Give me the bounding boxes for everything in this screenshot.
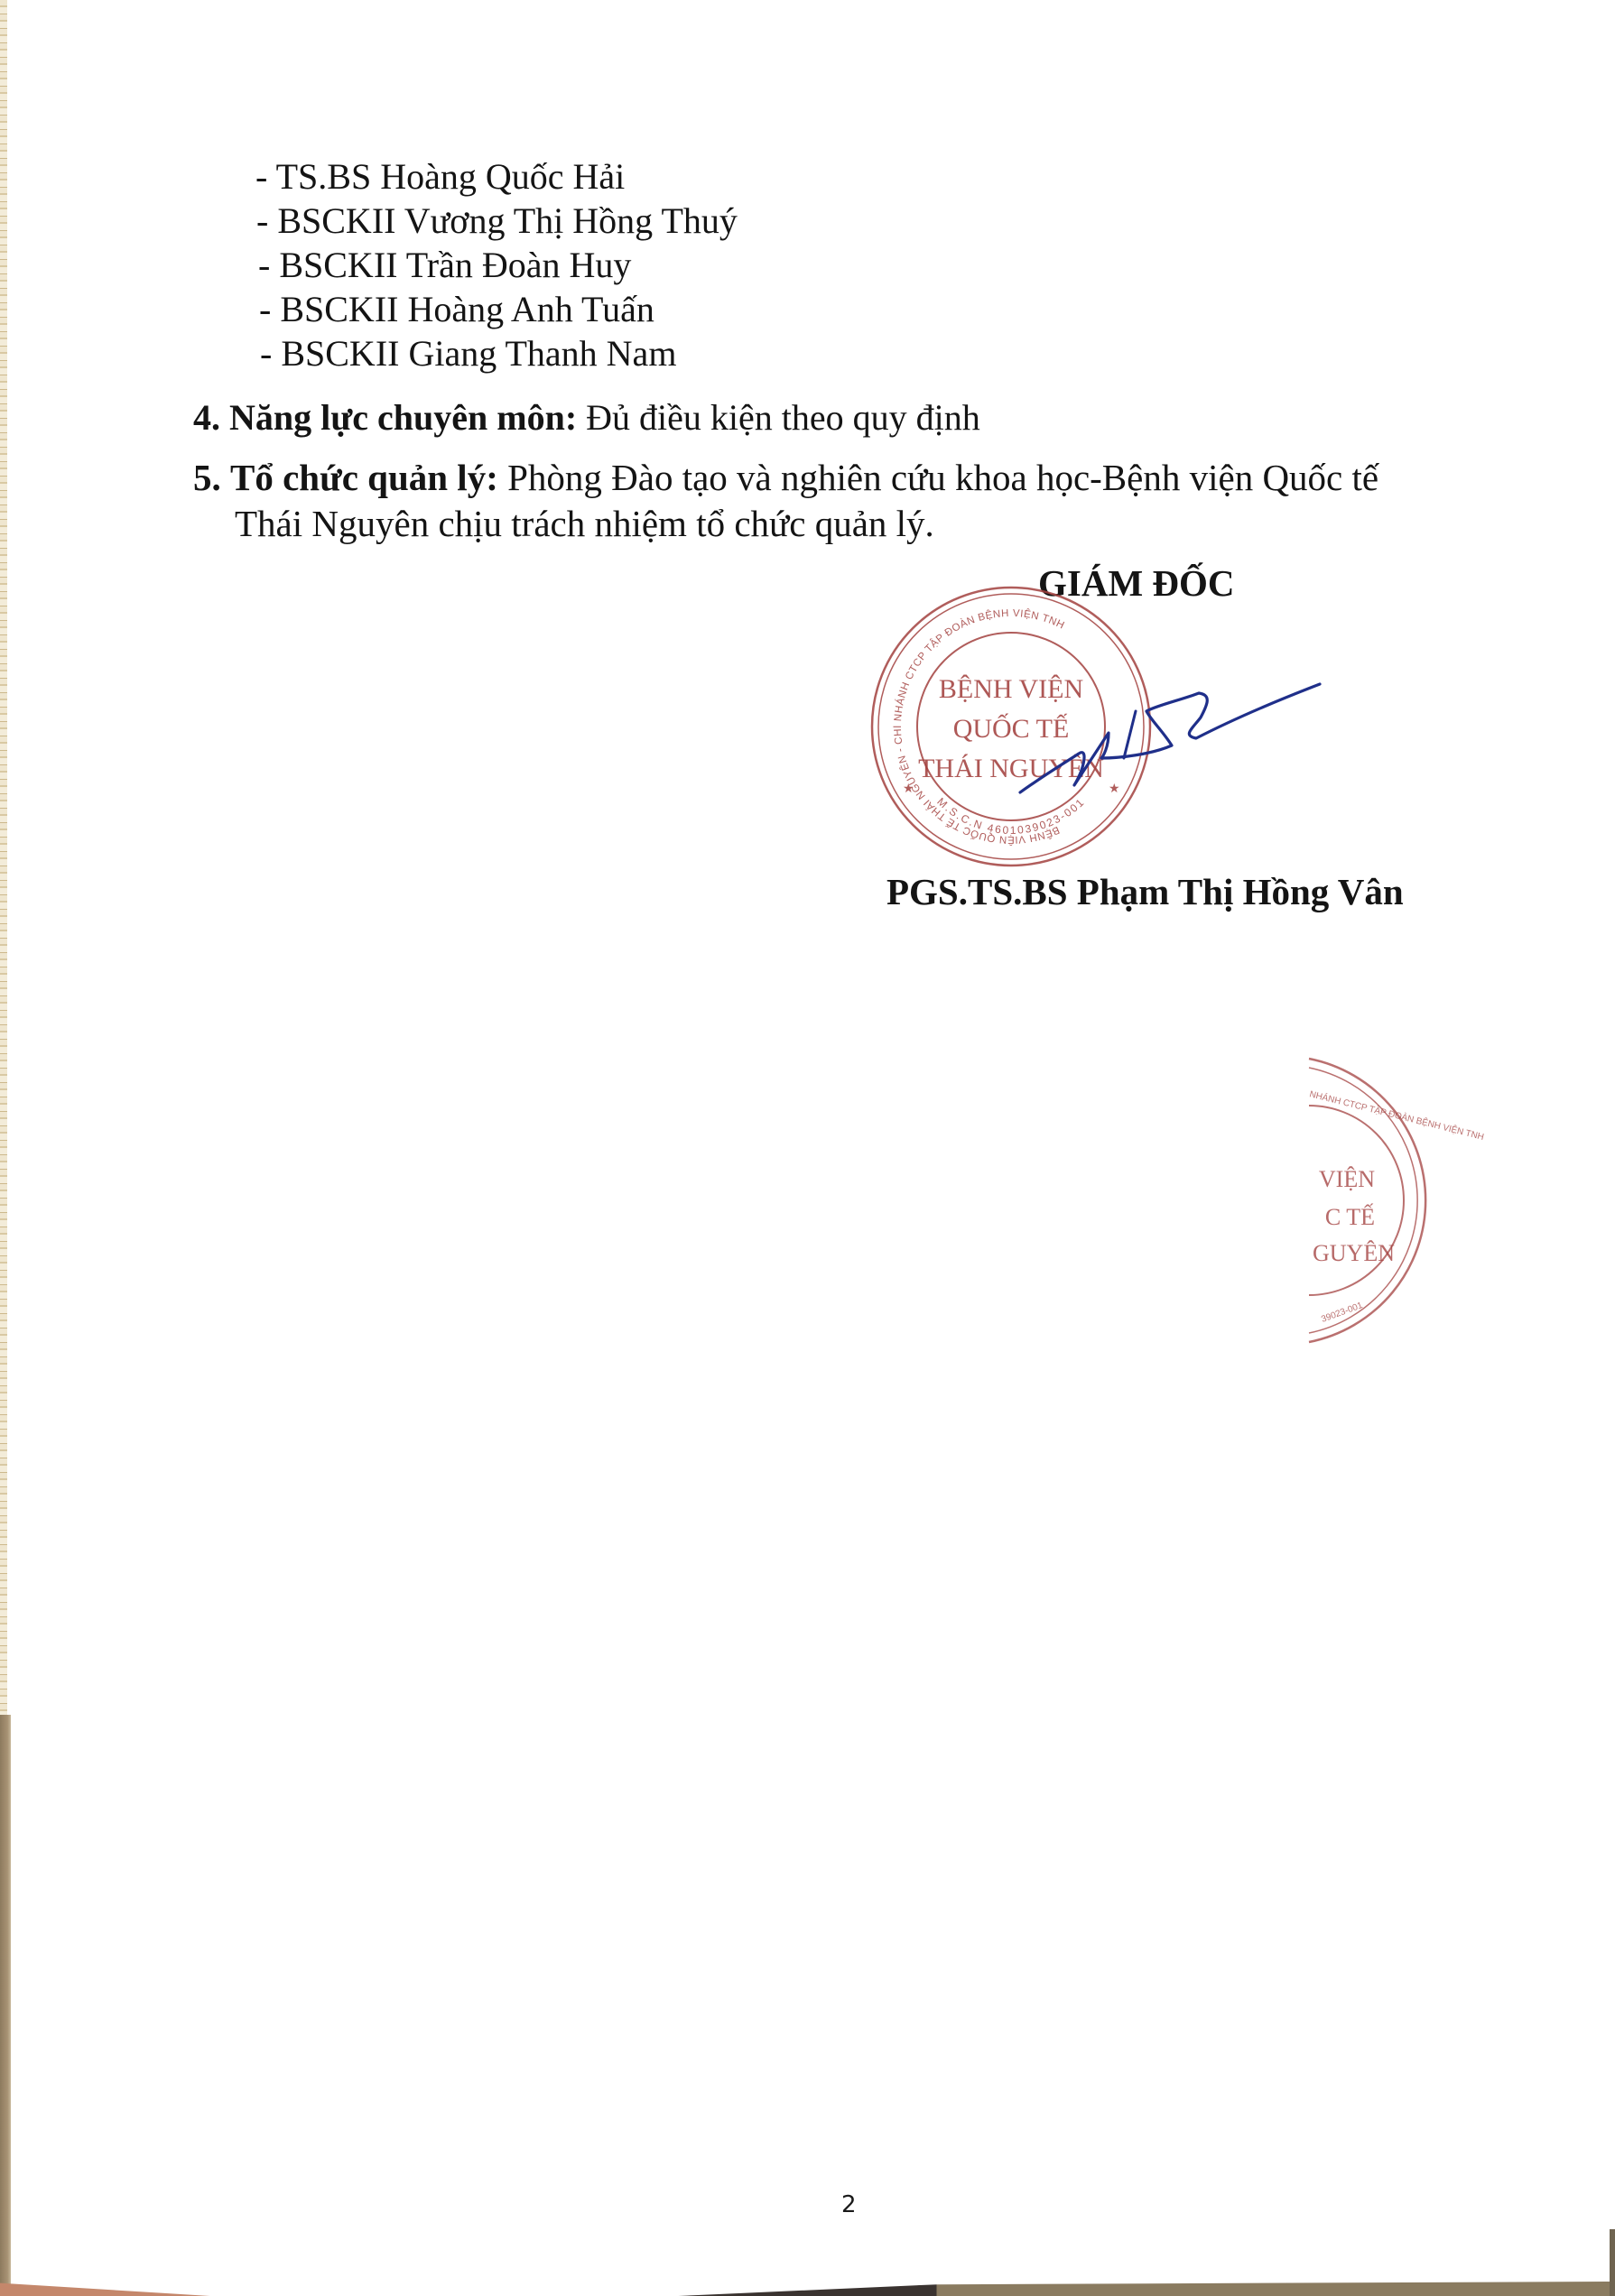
desk-edge-left-shadow <box>0 1715 11 2296</box>
handwritten-signature <box>1002 668 1327 812</box>
section-4-number: 4. <box>193 397 220 438</box>
partial-stamp-ring-text: NHÁNH CTCP TẬP ĐOÀN BỆNH VIỆN TNH <box>1308 1088 1485 1143</box>
section-5-heading: Tổ chức quản lý: <box>230 457 498 498</box>
committee-member: - BSCKII Vương Thị Hồng Thuý <box>256 203 738 239</box>
desk-edge-left <box>0 0 7 1715</box>
section-5-body: Phòng Đào tạo và nghiên cứu khoa học-Bện… <box>507 457 1378 498</box>
committee-member: - TS.BS Hoàng Quốc Hải <box>255 159 625 195</box>
section-4: 4. Năng lực chuyên môn: Đủ điều kiện the… <box>193 400 980 436</box>
section-5-body-continued: Thái Nguyên chịu trách nhiệm tổ chức quả… <box>235 505 934 542</box>
section-4-heading: Năng lực chuyên môn: <box>229 397 577 438</box>
partial-stamp-center-line: C TẾ <box>1325 1204 1375 1230</box>
committee-member: - BSCKII Giang Thanh Nam <box>260 336 676 372</box>
section-4-body: Đủ điều kiện theo quy định <box>586 397 980 438</box>
section-5-number: 5. <box>193 457 221 498</box>
signatory-name: PGS.TS.BS Phạm Thị Hồng Vân <box>886 874 1404 911</box>
desk-edge-bottom <box>0 2282 1615 2296</box>
desk-edge-right <box>1610 2229 1615 2296</box>
committee-member: - BSCKII Hoàng Anh Tuấn <box>259 292 654 328</box>
partial-stamp-center-line: VIỆN <box>1319 1166 1375 1192</box>
page-number: 2 <box>841 2191 857 2218</box>
section-5: 5. Tổ chức quản lý: Phòng Đào tạo và ngh… <box>193 459 1378 496</box>
committee-member: - BSCKII Trần Đoàn Huy <box>258 247 631 283</box>
partial-seal-stamp: NHÁNH CTCP TẬP ĐOÀN BỆNH VIỆN TNH 39023-… <box>1259 1051 1485 1349</box>
partial-stamp-center-line: GUYÊN <box>1313 1240 1395 1266</box>
stamp-star-icon: ★ <box>903 781 914 795</box>
